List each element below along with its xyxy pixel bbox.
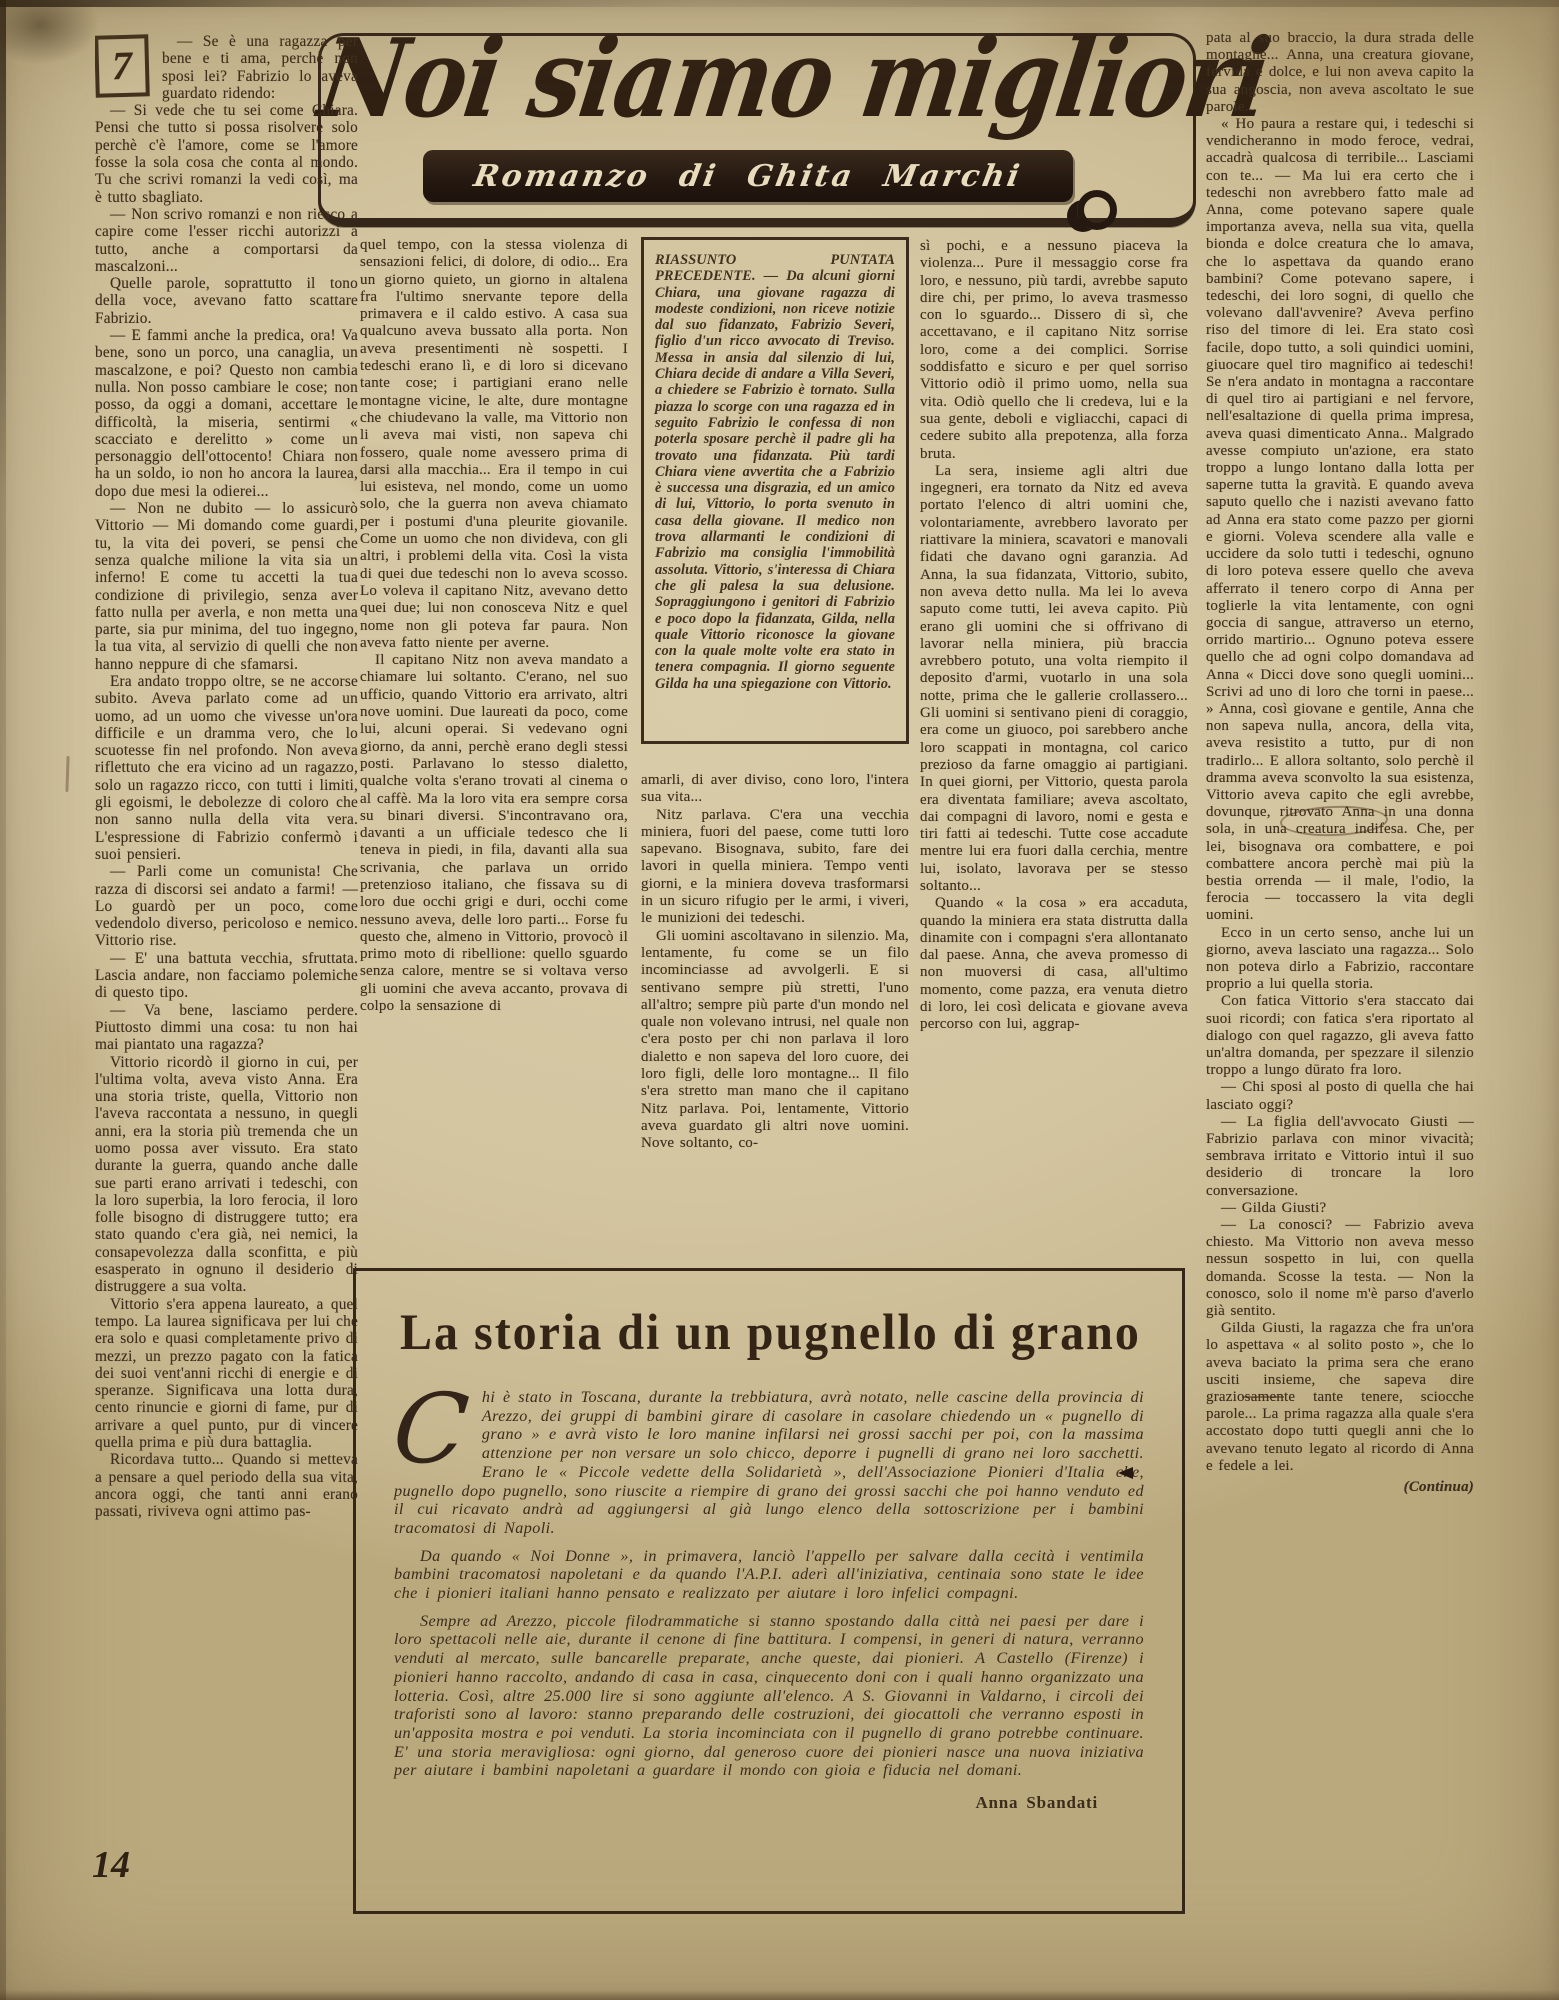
- novel-column-4-text: sì pochi, e a nessuno piaceva la violenz…: [920, 238, 1188, 1034]
- novel-column-1: 7 — Se è una ragazza per bene e ti ama, …: [95, 33, 358, 1775]
- magazine-page: Noi siamo migliori Romanzo di Ghita Marc…: [0, 0, 1559, 2000]
- age-stain: [0, 0, 100, 65]
- novel-column-3-text: amarli, di aver diviso, cono loro, l'int…: [641, 772, 909, 1153]
- article-first-paragraph: Chi è stato in Toscana, durante la trebb…: [394, 1388, 1144, 1538]
- novel-column-2-text: quel tempo, con la stessa violenza di se…: [360, 237, 628, 1015]
- article-author-signature: Anna Sbandati: [394, 1794, 1098, 1813]
- ribbon-scroll-curl-icon: [1077, 190, 1117, 230]
- drop-cap: C: [390, 1392, 472, 1466]
- novel-column-5-text: pata al suo braccio, la dura strada dell…: [1206, 30, 1474, 1475]
- previous-episode-summary-box: RIASSUNTO PUNTATA PRECEDENTE. — Da alcun…: [641, 237, 909, 744]
- article-title: La storia di un pugnello di grano: [400, 1304, 1144, 1362]
- page-top-edge-shadow: [0, 0, 1559, 7]
- novel-column-4: sì pochi, e a nessuno piaceva la violenz…: [920, 238, 1188, 1260]
- novel-column-1-text: — Se è una ragazza per bene e ti ama, pe…: [95, 33, 358, 1521]
- page-bottom-edge-shadow: [0, 1990, 1559, 2000]
- pen-overline-mark: [1242, 1396, 1284, 1398]
- novel-subtitle-ribbon: Romanzo di Ghita Marchi: [423, 150, 1073, 202]
- novel-column-2: quel tempo, con la stessa violenza di se…: [360, 237, 628, 1258]
- novel-title: Noi siamo migliori: [312, 16, 1202, 143]
- novel-subtitle: Romanzo di Ghita Marchi: [471, 159, 1025, 194]
- editorial-arrow-icon: [1118, 1467, 1133, 1479]
- to-be-continued-note: (Continua): [1206, 1479, 1474, 1496]
- boxed-article: La storia di un pugnello di grano Chi è …: [353, 1268, 1185, 1914]
- article-body: Chi è stato in Toscana, durante la trebb…: [394, 1388, 1144, 1813]
- novel-column-5: pata al suo braccio, la dura strada dell…: [1206, 30, 1474, 1930]
- page-left-edge-shadow: [0, 0, 6, 2000]
- article-more-paragraphs: Da quando « Noi Donne », in primavera, l…: [394, 1547, 1144, 1780]
- novel-column-3: amarli, di aver diviso, cono loro, l'int…: [641, 772, 909, 1258]
- novel-title-frame: Noi siamo migliori Romanzo di Ghita Marc…: [318, 33, 1196, 227]
- pen-margin-mark: [65, 756, 69, 792]
- page-number: 14: [92, 1843, 130, 1887]
- chapter-number-badge: 7: [95, 34, 150, 97]
